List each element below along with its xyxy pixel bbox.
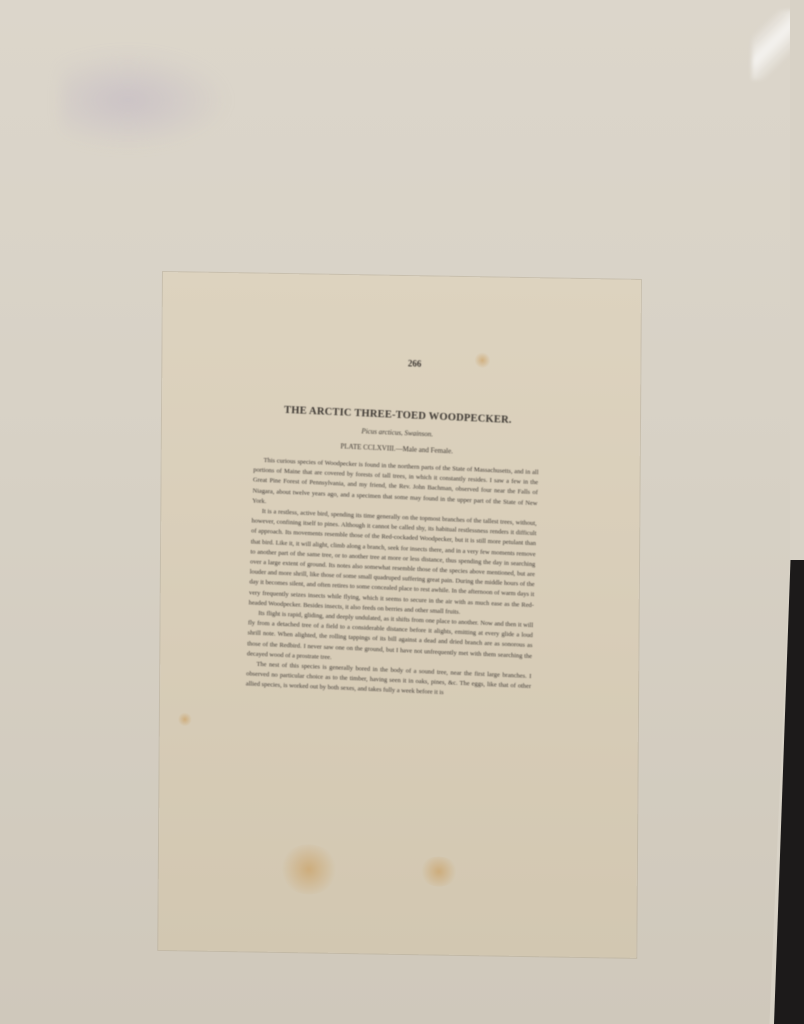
body-paragraph: It is a restless, active bird, spending … <box>248 506 536 621</box>
smudge-mark <box>60 50 230 150</box>
foxing-stain <box>178 712 192 726</box>
page-content: 266 THE ARCTIC THREE-TOED WOODPECKER. Pi… <box>246 352 543 703</box>
plastic-glare <box>752 10 802 80</box>
page-number: 266 <box>287 353 542 374</box>
water-stain <box>419 856 459 887</box>
book-page: 266 THE ARCTIC THREE-TOED WOODPECKER. Pi… <box>158 272 641 958</box>
water-stain <box>279 844 339 895</box>
plate-caption: PLATE CCLXVIII.—Male and Female. <box>254 438 539 459</box>
